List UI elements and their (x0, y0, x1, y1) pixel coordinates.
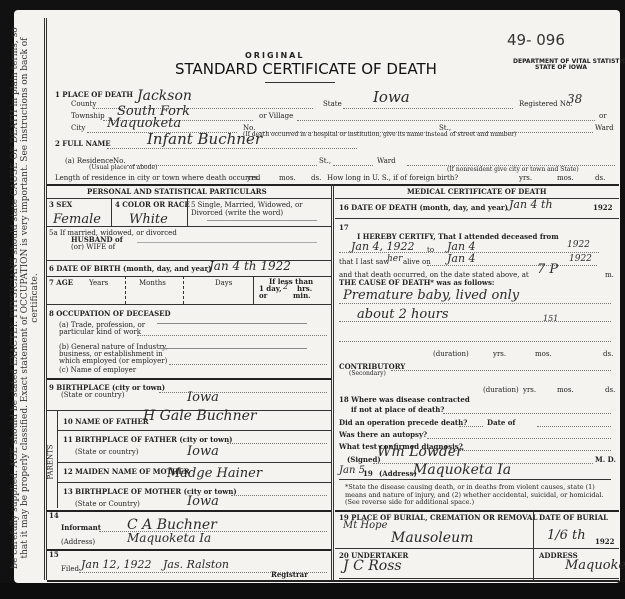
or-label: or (259, 292, 267, 300)
father-birthplace-label: 11 BIRTHPLACE OF FATHER (city or town) (63, 436, 232, 444)
informant-address-label: (Address) (61, 538, 95, 546)
certificate-frame: ORIGINAL STANDARD CERTIFICATE OF DEATH 4… (44, 18, 618, 580)
scan-background (0, 583, 625, 599)
foreign-ds: ds. (595, 174, 605, 182)
city-label: City (71, 124, 85, 132)
parents-divider (57, 410, 58, 508)
min-label: min. (293, 292, 311, 300)
marital-label: 5 Single, Married, Widowed, or Divorced … (191, 201, 326, 217)
undertaker-value: J C Ross (343, 558, 402, 574)
duration-label: (duration) (433, 350, 469, 358)
hospital-note: (If death occurred in a hospital or inst… (243, 131, 516, 139)
death-time-value: 7 P (537, 262, 558, 277)
burial-place-value-1: Mt Hope (343, 520, 388, 531)
birthplace-value: Iowa (187, 390, 219, 405)
title-underline (265, 82, 335, 83)
duration-ds-2: ds. (605, 386, 615, 394)
months-label: Months (139, 279, 166, 287)
marital-line (207, 220, 317, 221)
row-divider (47, 378, 331, 380)
signature-address-label: (Address) (379, 470, 417, 478)
color-divider (187, 198, 188, 226)
duration-label-2: (duration) (483, 386, 519, 394)
village-label: or Village (259, 112, 293, 120)
secondary-label: (Secondary) (349, 370, 386, 378)
cause-line-2: about 2 hours (357, 307, 449, 322)
physician-signature: Wm Lowder (377, 444, 463, 460)
ward-label: Ward (595, 124, 614, 132)
certificate-title: STANDARD CERTIFICATE OF DEATH (175, 60, 437, 78)
employer-label: (c) Name of employer (59, 366, 136, 374)
mother-birthplace-value: Iowa (187, 494, 219, 509)
full-name-label: 2 FULL NAME (55, 140, 111, 148)
date-of-death-value: Jan 4 th (509, 198, 553, 211)
wife-label: (or) WIFE of (71, 243, 115, 251)
father-birthplace-value: Iowa (187, 444, 219, 459)
occupation-trade-label-2: particular kind of work (59, 328, 141, 336)
duration-yrs-2: yrs. (523, 386, 536, 394)
duration-ds: ds. (603, 350, 613, 358)
cause-code: 151 (543, 314, 558, 323)
row-divider (57, 462, 331, 463)
state-field-label: State (323, 100, 342, 108)
burial-date-value: 1/6 th (547, 528, 586, 543)
township-label: Township (71, 112, 105, 120)
years-label: Years (89, 279, 108, 287)
burial-date-divider (533, 510, 534, 580)
original-label: ORIGINAL (245, 52, 304, 60)
residence-st-label: St., (319, 157, 331, 165)
row-divider (47, 510, 331, 512)
last-saw-year: 1922 (569, 254, 592, 264)
father-birthplace-sub: (State or country) (75, 448, 138, 456)
sex-divider (111, 198, 112, 226)
disease-contracted-label: 18 Where was disease contracted (339, 396, 470, 404)
last-saw-date-value: Jan 4 (447, 252, 476, 265)
signature-address-value: Maquoketa Ia (413, 462, 511, 478)
row-divider (57, 430, 331, 431)
full-name-value: Infant Buchner (147, 130, 262, 148)
occupation-trade-line (157, 323, 307, 324)
signature-date: Jan 5 (339, 465, 365, 476)
registered-no-label: Registered No. (519, 100, 572, 108)
burial-place-value-2: Mausoleum (391, 530, 473, 546)
registrar-label: Registrar (271, 571, 308, 579)
days-label: Days (215, 279, 232, 287)
duration-mos: mos. (535, 350, 552, 358)
undertaker-line (339, 578, 619, 579)
occupation-industry-line (157, 348, 307, 349)
cause-line-1: Premature baby, lived only (343, 288, 519, 303)
row-divider (47, 304, 331, 305)
mother-birthplace-sub: (State or Country) (75, 500, 140, 508)
row-divider (47, 226, 331, 227)
residence-sub-label: (Usual place of abode) (89, 164, 157, 172)
registrar-name-value: Jas. Ralston (163, 558, 229, 571)
city-value: Maquoketa (107, 116, 181, 131)
color-value: White (129, 212, 168, 227)
county-value: Jackson (137, 88, 192, 104)
undertaker-address-value: Maquoketa (565, 558, 625, 573)
mother-name-value: Madge Hainer (167, 466, 262, 481)
personal-section-title: PERSONAL AND STATISTICAL PARTICULARS (87, 188, 267, 196)
dob-value: Jan 4 th 1922 (209, 259, 291, 273)
operation-label: Did an operation precede death? (339, 419, 467, 427)
or-label: or (599, 112, 607, 120)
attended-to-year: 1922 (567, 240, 590, 250)
birthplace-sub-label: (State or country) (61, 391, 124, 399)
informant-address-value: Maquoketa Ia (127, 531, 211, 545)
certificate-number: 49- 096 (507, 32, 565, 48)
filed-date-value: Jan 12, 1922 (81, 558, 152, 571)
foreign-birth-label: How long in U. S., if of foreign birth? (327, 174, 458, 182)
operation-date-label: Date of (487, 419, 515, 427)
md-label: M. D. (595, 456, 616, 464)
cause-footnote: *State the disease causing death, or in … (345, 484, 617, 507)
date-of-death-year: 1922 (593, 204, 612, 212)
parents-label: PARENTS (47, 444, 55, 479)
item-15: 15 (49, 551, 59, 559)
foreign-mos: mos. (557, 174, 574, 182)
bottom-border (47, 580, 619, 582)
disease-contracted-label-2: if not at place of death? (351, 406, 444, 414)
sex-label: 3 SEX (49, 201, 72, 209)
signature-year-label: 19 (363, 470, 373, 478)
state-label: STATE OF IOWA (535, 64, 587, 71)
last-saw-pronoun: her (387, 254, 402, 264)
medical-section-title: MEDICAL CERTIFICATE OF DEATH (407, 188, 547, 196)
burial-year: 1922 (595, 538, 614, 546)
sex-value: Female (53, 212, 101, 227)
filed-label: Filed (61, 565, 79, 573)
row-divider (57, 482, 331, 483)
burial-date-label: DATE OF BURIAL (539, 514, 608, 522)
column-divider (331, 184, 334, 580)
informant-label: Informant (61, 524, 101, 532)
father-name-value: H Gale Buchner (143, 408, 257, 424)
duration-yrs: yrs. (493, 350, 506, 358)
spouse-line (137, 242, 317, 243)
residence-mos: mos. (279, 174, 296, 182)
date-of-death-label: 16 DATE OF DEATH (month, day, and year) (339, 204, 508, 212)
address-line (339, 479, 611, 480)
row-divider (335, 510, 619, 512)
last-saw-label: that I last saw (339, 258, 389, 266)
m-label: m. (605, 271, 614, 279)
occupation-label: 8 OCCUPATION OF DECEASED (49, 310, 171, 318)
row-divider (47, 549, 331, 551)
dob-label: 6 DATE OF BIRTH (month, day, and year) (49, 265, 211, 273)
age-label: 7 AGE (49, 279, 73, 287)
occupation-industry-label-3: which employed (or employer) (59, 357, 167, 365)
residence-ward-label: Ward (377, 157, 396, 165)
age-divider (125, 276, 126, 304)
hrs-value: 2 (283, 282, 288, 291)
father-name-label: 10 NAME OF FATHER (63, 418, 149, 426)
residence-ds: ds. (311, 174, 321, 182)
color-label: 4 COLOR OR RACE (115, 201, 190, 209)
duration-mos-2: mos. (557, 386, 574, 394)
foreign-yrs: yrs. (519, 174, 532, 182)
medical-header-divider (335, 198, 619, 199)
age-divider (253, 276, 254, 304)
attended-from-value: Jan 4, 1922 (351, 240, 415, 253)
age-divider (183, 276, 184, 304)
nonresident-note: (If nonresident give city or town and St… (447, 166, 579, 174)
item-17: 17 (339, 224, 349, 232)
registered-no-value: 38 (567, 92, 582, 106)
personal-header-divider (47, 198, 331, 199)
state-value: Iowa (373, 88, 410, 106)
residence-yrs: yrs. (247, 174, 260, 182)
item-14: 14 (49, 512, 59, 520)
residence-length-label: Length of residence in city or town wher… (55, 174, 260, 182)
county-label: County (71, 100, 96, 108)
autopsy-label: Was there an autopsy? (339, 431, 427, 439)
death-certificate-page: be carefully supplied. AGE should be sta… (14, 10, 620, 583)
row-divider (335, 548, 619, 549)
cause-of-death-label: THE CAUSE OF DEATH* was as follows: (339, 279, 494, 287)
place-of-death-label: 1 PLACE OF DEATH (55, 91, 133, 99)
to-label: to (427, 246, 434, 254)
row-divider (335, 218, 619, 219)
